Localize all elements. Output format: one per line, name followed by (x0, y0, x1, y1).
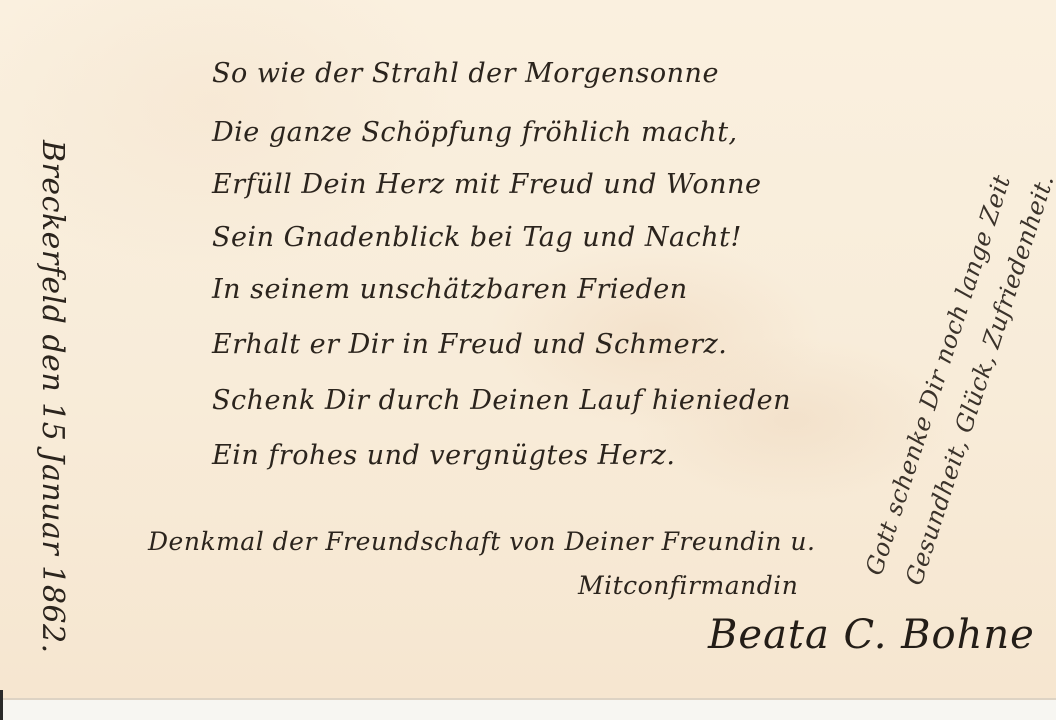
poem-line-1: So wie der Strahl der Morgensonne (212, 58, 719, 89)
place-date-note: Breckerfeld den 15 Januar 1862. (30, 140, 70, 690)
poem-line-3: Erfüll Dein Herz mit Freud und Wonne (212, 169, 761, 200)
poem-line-7: Schenk Dir durch Deinen Lauf hienieden (212, 385, 791, 416)
place-date-text: Breckerfeld den 15 Januar 1862. (35, 140, 70, 654)
dedication-line-2: Mitconfirmandin (578, 571, 798, 600)
album-page: Breckerfeld den 15 Januar 1862. So wie d… (0, 0, 1056, 700)
dedication-line-1: Denkmal der Freundschaft von Deiner Freu… (148, 527, 815, 556)
scan-edge (0, 690, 3, 720)
poem-line-4: Sein Gnadenblick bei Tag und Nacht! (212, 222, 742, 253)
poem-line-5: In seinem unschätzbaren Frieden (212, 274, 688, 305)
poem-line-2: Die ganze Schöpfung fröhlich macht, (212, 117, 738, 148)
poem-line-8: Ein frohes und vergnügtes Herz. (212, 440, 675, 471)
poem-line-6: Erhalt er Dir in Freud und Schmerz. (212, 329, 727, 360)
signature: Beata C. Bohne (708, 612, 1035, 658)
margin-verse: Gott schenke Dir noch lange Zeit Gesundh… (850, 130, 960, 610)
